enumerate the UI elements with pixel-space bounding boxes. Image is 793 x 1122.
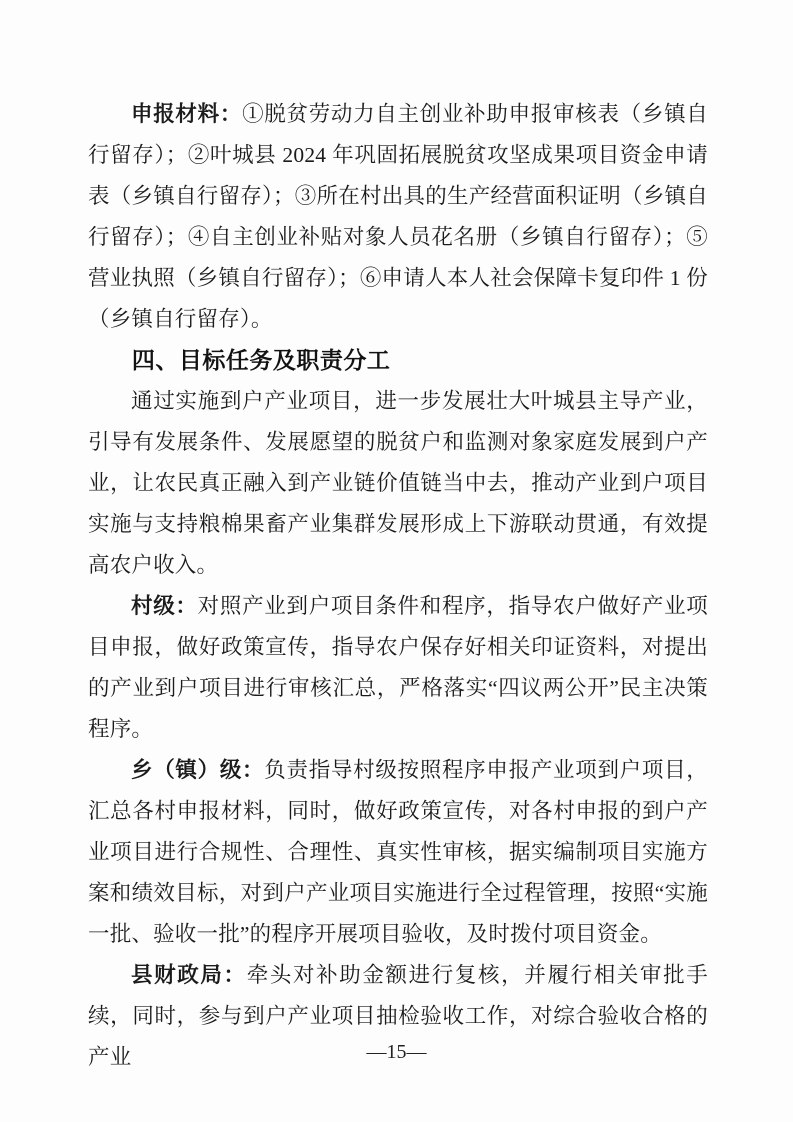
village-paragraph: 村级：对照产业到户项目条件和程序，指导农户做好产业项目申报，做好政策宣传，指导农… bbox=[88, 586, 708, 750]
township-paragraph: 乡（镇）级：负责指导村级按照程序申报产业项到户项目，汇总各村申报材料，同时，做好… bbox=[88, 750, 708, 955]
township-text: 负责指导村级按照程序申报产业项到户项目，汇总各村申报材料，同时，做好政策宣传，对… bbox=[88, 758, 708, 946]
section-heading: 四、目标任务及职责分工 bbox=[88, 340, 708, 381]
document-body: 申报材料：①脱贫劳动力自主创业补助申报审核表（乡镇自行留存）；②叶城县 2024… bbox=[88, 94, 708, 1078]
county-finance-lead: 县财政局： bbox=[131, 963, 247, 987]
page-number: —15— bbox=[0, 1040, 793, 1064]
village-lead: 村级： bbox=[131, 594, 198, 618]
materials-lead: 申报材料： bbox=[131, 102, 242, 126]
township-lead: 乡（镇）级： bbox=[131, 758, 264, 782]
materials-paragraph: 申报材料：①脱贫劳动力自主创业补助申报审核表（乡镇自行留存）；②叶城县 2024… bbox=[88, 94, 708, 340]
materials-text: ①脱贫劳动力自主创业补助申报审核表（乡镇自行留存）；②叶城县 2024 年巩固拓… bbox=[88, 102, 708, 331]
document-page: 申报材料：①脱贫劳动力自主创业补助申报审核表（乡镇自行留存）；②叶城县 2024… bbox=[0, 0, 793, 1122]
overview-paragraph: 通过实施到户产业项目，进一步发展壮大叶城县主导产业，引导有发展条件、发展愿望的脱… bbox=[88, 381, 708, 586]
